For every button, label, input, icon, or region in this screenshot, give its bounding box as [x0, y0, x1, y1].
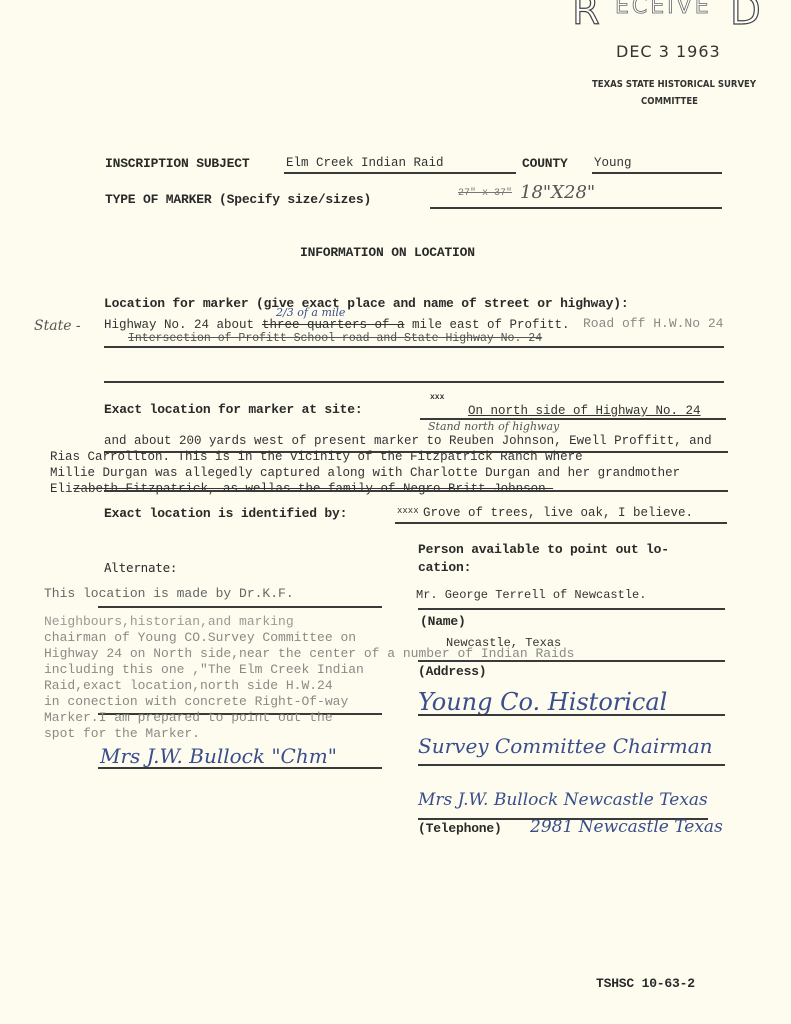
marker-type-value: 18"X28": [520, 182, 595, 203]
handwritten-line2: Survey Committee Chairman: [418, 734, 713, 758]
person-label-line1: Person available to point out lo-: [418, 542, 669, 557]
location-line1-addition: Road off H.W.No 24: [583, 316, 723, 331]
identified-by-struck: xxxx: [397, 506, 419, 516]
address-rule: [418, 660, 725, 662]
inscription-subject-rule: [284, 172, 516, 174]
received-stamp-middle: ECEIVE: [615, 0, 712, 19]
name-label: (Name): [420, 614, 466, 629]
inscription-subject-value: Elm Creek Indian Raid: [286, 156, 444, 170]
inscription-subject-label: INSCRIPTION SUBJECT: [105, 156, 249, 171]
telephone-value: 2981 Newcastle Texas: [530, 817, 723, 837]
alternate-label: Alternate:: [104, 560, 177, 575]
person-label-line2: cation:: [418, 560, 471, 575]
exact-site-label: Exact location for marker at site:: [104, 402, 362, 417]
received-stamp-d: D: [730, 0, 763, 34]
received-stamp-r: R: [572, 0, 602, 34]
exact-site-line4: Millie Durgan was allegedly captured alo…: [50, 466, 680, 480]
alternate-text-line7: in conection with concrete Right-Of-way: [44, 694, 348, 709]
exact-site-strike-line-2: [104, 490, 728, 492]
location-line1-struck: three quarters of a: [262, 318, 405, 332]
handwritten-rule-2: [418, 764, 725, 766]
alternate-text-line3: chairman of Young CO.Survey Committee on: [44, 630, 356, 645]
location-rule-1: [104, 346, 724, 348]
alternate-rule-1: [98, 606, 382, 608]
handwritten-rule-1: [418, 714, 725, 716]
location-line1-a: Highway No. 24 about: [104, 318, 254, 332]
received-org-line2: COMMITTEE: [641, 96, 698, 107]
section-heading: INFORMATION ON LOCATION: [300, 245, 475, 260]
exact-site-line5-struck: zabeth Fitzpatrick, as wellas the family…: [73, 482, 553, 496]
alternate-text-line8: Marker.I am prepared to point out the: [44, 710, 333, 725]
location-label: Location for marker (give exact place an…: [104, 296, 629, 311]
identified-by-rule: [395, 522, 727, 524]
exact-site-line2: and about 200 yards west of present mark…: [104, 434, 712, 448]
county-rule: [592, 172, 722, 174]
identified-by-label: Exact location is identified by:: [104, 506, 347, 521]
alternate-text-line1: This location is made by Dr.K.F.: [44, 586, 294, 601]
location-rule-2: [104, 381, 724, 383]
handwritten-line1: Young Co. Historical: [418, 688, 667, 716]
marker-type-label: TYPE OF MARKER (Specify size/sizes): [105, 192, 371, 207]
exact-site-line5-a: Eli: [50, 482, 73, 496]
county-value: Young: [594, 156, 632, 170]
alternate-text-line2: Neighbours,historian,and marking: [44, 614, 294, 629]
received-org-line1: TEXAS STATE HISTORICAL SURVEY: [592, 79, 756, 90]
handwritten-line3: Mrs J.W. Bullock Newcastle Texas: [418, 790, 708, 810]
address-label: (Address): [418, 664, 486, 679]
exact-site-insert: Stand north of highway: [428, 420, 559, 433]
location-line1-b: mile east of Profitt.: [412, 318, 570, 332]
alternate-text-line6: Raid,exact location,north side H.W.24: [44, 678, 333, 693]
alternate-text-line9: spot for the Marker.: [44, 726, 200, 741]
identified-by-value: Grove of trees, live oak, I believe.: [423, 506, 693, 520]
exact-site-line3: Rias Carrollton. This is in the vicinity…: [50, 450, 583, 464]
county-label: COUNTY: [522, 156, 568, 171]
location-margin-note: State -: [34, 318, 81, 334]
address-value: Newcastle, Texas: [446, 636, 561, 650]
received-date: DEC 3 1963: [616, 42, 721, 61]
alternate-text-line5: including this one ,"The Elm Creek India…: [44, 662, 364, 677]
telephone-label: (Telephone): [418, 821, 502, 836]
person-name: Mr. George Terrell of Newcastle.: [416, 588, 646, 602]
alternate-signature-rule: [98, 767, 382, 769]
marker-type-rule: [430, 207, 722, 209]
marker-type-struck: 27" x 37": [458, 188, 512, 199]
exact-site-value: On north side of Highway No. 24: [468, 404, 701, 418]
form-code: TSHSC 10-63-2: [596, 976, 695, 991]
exact-site-struck-prefix: xxx: [430, 393, 444, 402]
location-line2-struck: Intersection of Profitt School road and …: [128, 332, 542, 345]
person-name-rule: [418, 608, 725, 610]
alternate-signature: Mrs J.W. Bullock "Chm": [100, 744, 337, 768]
